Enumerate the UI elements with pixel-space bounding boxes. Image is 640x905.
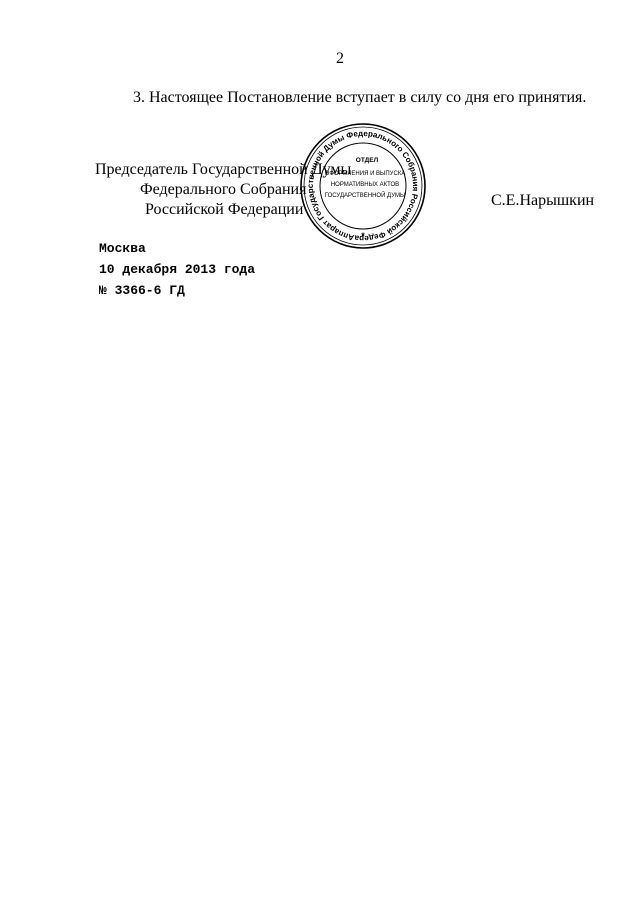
stamp-inner-line-2: ОФОРМЛЕНИЯ И ВЫПУСКА — [325, 171, 406, 177]
document-footer: Москва 10 декабря 2013 года № 3366-6 ГД — [99, 238, 255, 301]
footer-city: Москва — [99, 238, 255, 259]
clause-3: 3. Настоящее Постановление вступает в си… — [133, 88, 586, 108]
stamp-inner-line-3: НОРМАТИВНЫХ АКТОВ — [331, 182, 399, 188]
stamp-seal-icon: Аппарат Государственной Думы Федеральног… — [299, 122, 427, 250]
official-stamp: Аппарат Государственной Думы Федеральног… — [299, 122, 427, 250]
footer-document-number: № 3366-6 ГД — [99, 280, 255, 301]
stamp-inner-line-1: ОТДЕЛ — [356, 157, 379, 164]
signatory-title-line-1: Председатель Государственной Думы — [95, 160, 325, 180]
footer-date: 10 декабря 2013 года — [99, 259, 255, 280]
page-number: 2 — [0, 49, 640, 69]
signatory-title-line-2: Федерального Собрания — [95, 180, 325, 200]
signatory-title: Председатель Государственной Думы Федера… — [95, 160, 325, 220]
stamp-inner-line-4: ГОСУДАРСТВЕННОЙ ДУМЫ — [325, 191, 406, 199]
signatory-title-line-3: Российской Федерации — [95, 200, 325, 220]
signatory-name: С.Е.Нарышкин — [491, 191, 594, 211]
stamp-star: * — [361, 231, 365, 241]
